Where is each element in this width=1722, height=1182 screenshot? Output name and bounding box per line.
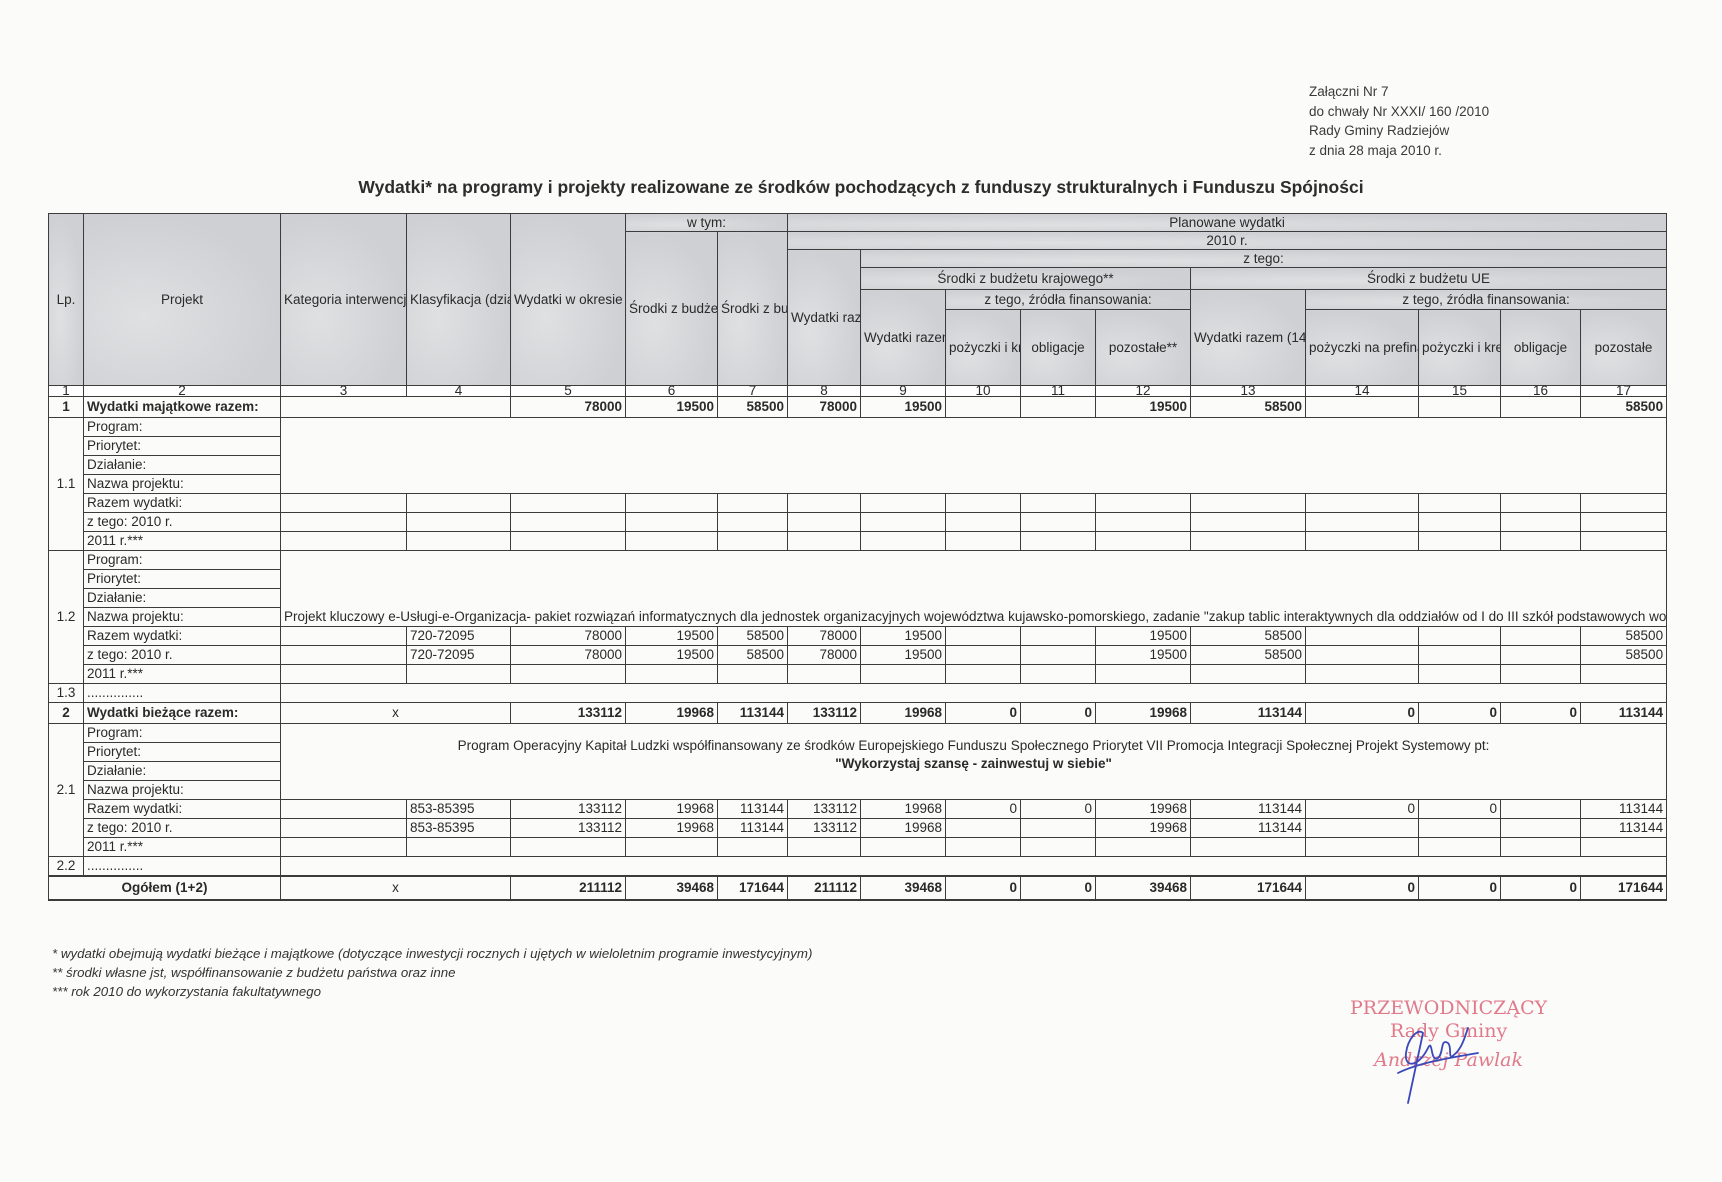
priorytet-label: Priorytet: [84, 437, 281, 456]
value-cell-col-6: 19968 [626, 800, 718, 819]
value-cell-col-16 [1501, 494, 1581, 513]
dzialanie-label: Działanie: [84, 589, 281, 608]
attachment-line: Rady Gminy Radziejów [1309, 121, 1489, 141]
value-cell-col-8: 133112 [788, 703, 861, 724]
kategoria-cell: x [281, 876, 511, 900]
value-cell-col-5: 78000 [511, 646, 626, 665]
value-cell-col-10 [946, 665, 1021, 684]
p12-program-row: 1.2 Program: Projekt kluczowy e-Usługi-e… [49, 551, 1667, 570]
value-cell-col-13: 58500 [1191, 397, 1306, 418]
value-cell-col-5: 133112 [511, 800, 626, 819]
value-cell-col-15 [1419, 646, 1501, 665]
header-wydatki-razem-13: Wydatki razem (14+15+16+17) [1191, 290, 1306, 386]
kategoria-cell: x [281, 703, 511, 724]
kategoria-cell [281, 513, 407, 532]
value-cell-col-10 [946, 532, 1021, 551]
klasyfikacja-cell [407, 532, 511, 551]
value-cell-col-16 [1501, 800, 1581, 819]
kategoria-cell [281, 532, 407, 551]
value-cell-col-13: 113144 [1191, 703, 1306, 724]
value-cell-col-13: 113144 [1191, 800, 1306, 819]
value-cell-col-9: 19968 [861, 819, 946, 838]
value-cell-col-8: 78000 [788, 397, 861, 418]
lp-cell: 2.2 [49, 857, 84, 877]
value-cell-col-6 [626, 513, 718, 532]
klasyfikacja-cell: 853-85395 [407, 800, 511, 819]
value-cell-col-5 [511, 513, 626, 532]
value-cell-col-17: 58500 [1581, 627, 1667, 646]
header-w-tym: w tym: [626, 214, 788, 232]
value-cell-col-12: 19500 [1096, 646, 1191, 665]
razem-label: Razem wydatki: [84, 800, 281, 819]
value-cell-col-5 [511, 494, 626, 513]
p12-razem-row: Razem wydatki: 720-72095 780001950058500… [49, 627, 1667, 646]
value-cell-col-16 [1501, 819, 1581, 838]
value-cell-col-14 [1306, 513, 1419, 532]
value-cell-col-13 [1191, 532, 1306, 551]
value-cell-col-11: 0 [1021, 800, 1096, 819]
kategoria-cell [281, 665, 407, 684]
klasyfikacja-cell: 720-72095 [407, 627, 511, 646]
klasyfikacja-cell: 853-85395 [407, 819, 511, 838]
value-cell-col-13 [1191, 513, 1306, 532]
column-number: 10 [946, 386, 1021, 397]
column-number: 6 [626, 386, 718, 397]
p12-2011-row: 2011 r.*** [49, 665, 1667, 684]
column-number: 8 [788, 386, 861, 397]
attachment-note: Załączni Nr 7 do chwały Nr XXXI/ 160 /20… [1309, 82, 1489, 160]
section-label: Wydatki majątkowe razem: [84, 397, 281, 418]
p21-description-text: Program Operacyjny Kapitał Ludzki współf… [458, 738, 1490, 753]
value-cell-col-11 [1021, 646, 1096, 665]
value-cell-col-5: 133112 [511, 819, 626, 838]
p11-2011-row: 2011 r.*** [49, 532, 1667, 551]
p12-2010-row: z tego: 2010 r. 720-72095 78000195005850… [49, 646, 1667, 665]
attachment-line: z dnia 28 maja 2010 r. [1309, 141, 1489, 161]
value-cell-col-15 [1419, 397, 1501, 418]
value-cell-col-10: 0 [946, 703, 1021, 724]
value-cell-col-15 [1419, 665, 1501, 684]
p11-razem-row: Razem wydatki: [49, 494, 1667, 513]
value-cell-col-14 [1306, 397, 1419, 418]
dzialanie-label: Działanie: [84, 456, 281, 475]
z-tego-2010-label: z tego: 2010 r. [84, 646, 281, 665]
value-cell-col-9 [861, 494, 946, 513]
value-cell-col-6: 19500 [626, 646, 718, 665]
value-cell-col-7: 58500 [718, 627, 788, 646]
value-cell-col-6: 39468 [626, 876, 718, 900]
value-cell-col-7 [718, 665, 788, 684]
value-cell-col-6 [626, 665, 718, 684]
value-cell-col-5: 211112 [511, 876, 626, 900]
value-cell-col-14 [1306, 665, 1419, 684]
value-cell-col-8 [788, 665, 861, 684]
column-number: 12 [1096, 386, 1191, 397]
header-pozyczki-ue: pożyczki i kredyty [1419, 310, 1501, 386]
value-cell-col-12: 19968 [1096, 800, 1191, 819]
p22-empty [281, 857, 1667, 877]
value-cell-col-12 [1096, 532, 1191, 551]
value-cell-col-11: 0 [1021, 703, 1096, 724]
value-cell-col-15 [1419, 838, 1501, 857]
p22-row: 2.2 ............... [49, 857, 1667, 877]
r2011-label: 2011 r.*** [84, 665, 281, 684]
column-number-row: 1234567891011121314151617 [49, 386, 1667, 397]
kategoria-cell [281, 646, 407, 665]
value-cell-col-7: 113144 [718, 800, 788, 819]
value-cell-col-8: 211112 [788, 876, 861, 900]
kategoria-cell [281, 494, 407, 513]
value-cell-col-16 [1501, 397, 1581, 418]
value-cell-col-14: 0 [1306, 800, 1419, 819]
value-cell-col-7: 58500 [718, 646, 788, 665]
header-wydatki-okres: Wydatki w okresie realizacji Projektu (c… [511, 214, 626, 386]
section-label: Wydatki bieżące razem: [84, 703, 281, 724]
value-cell-col-12: 19968 [1096, 703, 1191, 724]
value-cell-col-9: 19968 [861, 800, 946, 819]
value-cell-col-7 [718, 532, 788, 551]
value-cell-col-10 [946, 397, 1021, 418]
header-kategoria: Kategoria interwencji funduszy struktura… [281, 214, 407, 386]
value-cell-col-17 [1581, 532, 1667, 551]
value-cell-col-17: 113144 [1581, 800, 1667, 819]
klasyfikacja-cell: 720-72095 [407, 646, 511, 665]
program-label: Program: [84, 724, 281, 743]
value-cell-col-14 [1306, 494, 1419, 513]
value-cell-col-12 [1096, 665, 1191, 684]
p13-row: 1.3 ............... [49, 684, 1667, 703]
column-number: 15 [1419, 386, 1501, 397]
p11-description [281, 418, 1667, 494]
p11-2010-row: z tego: 2010 r. [49, 513, 1667, 532]
value-cell-col-9: 19500 [861, 627, 946, 646]
lp-cell: 1.3 [49, 684, 84, 703]
attachment-line: do chwały Nr XXXI/ 160 /2010 [1309, 102, 1489, 122]
program-label: Program: [84, 418, 281, 437]
value-cell-col-5 [511, 665, 626, 684]
value-cell-col-11 [1021, 494, 1096, 513]
value-cell-col-17: 171644 [1581, 876, 1667, 900]
value-cell-col-15 [1419, 532, 1501, 551]
header-zrodla-fin-ue: z tego, źródła finansowania: [1306, 290, 1667, 310]
value-cell-col-6 [626, 532, 718, 551]
header-obligacje-ue: obligacje [1501, 310, 1581, 386]
value-cell-col-11 [1021, 819, 1096, 838]
value-cell-col-8: 78000 [788, 627, 861, 646]
value-cell-col-9: 19500 [861, 397, 946, 418]
priorytet-label: Priorytet: [84, 570, 281, 589]
value-cell-col-7 [718, 494, 788, 513]
value-cell-col-12: 19968 [1096, 819, 1191, 838]
column-number: 17 [1581, 386, 1667, 397]
header-srodki-krajowe-2010: Środki z budżetu krajowego** [861, 268, 1191, 290]
value-cell-col-7 [718, 513, 788, 532]
z-tego-2010-label: z tego: 2010 r. [84, 819, 281, 838]
p21-description: Program Operacyjny Kapitał Ludzki współf… [281, 724, 1667, 800]
value-cell-col-6 [626, 838, 718, 857]
value-cell-col-15 [1419, 627, 1501, 646]
value-cell-col-8: 78000 [788, 646, 861, 665]
value-cell-col-13: 171644 [1191, 876, 1306, 900]
value-cell-col-16 [1501, 838, 1581, 857]
header-pozyczki-pref: pożyczki na prefinansowanie z budżetu pa… [1306, 310, 1419, 386]
value-cell-col-7: 113144 [718, 819, 788, 838]
header-pozostale: pozostałe [1581, 310, 1667, 386]
value-cell-col-15: 0 [1419, 876, 1501, 900]
header-pozostale-gw: pozostałe** [1096, 310, 1191, 386]
header-srodki-ue-2010: Środki z budżetu UE [1191, 268, 1667, 290]
kategoria-cell [281, 800, 407, 819]
klasyfikacja-cell [407, 665, 511, 684]
value-cell-col-11 [1021, 513, 1096, 532]
z-tego-2010-label: z tego: 2010 r. [84, 513, 281, 532]
value-cell-col-15: 0 [1419, 703, 1501, 724]
header-rok: 2010 r. [788, 232, 1667, 250]
value-cell-col-12 [1096, 513, 1191, 532]
value-cell-col-8 [788, 513, 861, 532]
value-cell-col-7: 58500 [718, 397, 788, 418]
value-cell-col-9: 19968 [861, 703, 946, 724]
value-cell-col-17: 58500 [1581, 646, 1667, 665]
value-cell-col-14 [1306, 646, 1419, 665]
klasyfikacja-cell [407, 838, 511, 857]
razem-label: Razem wydatki: [84, 494, 281, 513]
value-cell-col-12 [1096, 838, 1191, 857]
kategoria-cell [281, 819, 407, 838]
p21-project-title: "Wykorzystaj szansę - zainwestuj w siebi… [835, 756, 1112, 771]
column-number: 1 [49, 386, 84, 397]
column-number: 4 [407, 386, 511, 397]
value-cell-col-9 [861, 532, 946, 551]
r2011-label: 2011 r.*** [84, 532, 281, 551]
value-cell-col-9 [861, 665, 946, 684]
value-cell-col-10 [946, 494, 1021, 513]
value-cell-col-15: 0 [1419, 800, 1501, 819]
column-number: 11 [1021, 386, 1096, 397]
p21-razem-row: Razem wydatki: 853-85395 133112199681131… [49, 800, 1667, 819]
lp-cell: 1.1 [49, 418, 84, 551]
value-cell-col-10: 0 [946, 800, 1021, 819]
header-wydatki-razem-9: Wydatki razem (10+11+12) [861, 290, 946, 386]
value-cell-col-14: 0 [1306, 703, 1419, 724]
value-cell-col-14: 0 [1306, 876, 1419, 900]
value-cell-col-17 [1581, 665, 1667, 684]
column-number: 9 [861, 386, 946, 397]
value-cell-col-17: 58500 [1581, 397, 1667, 418]
value-cell-col-15 [1419, 819, 1501, 838]
value-cell-col-6: 19500 [626, 627, 718, 646]
value-cell-col-12: 19500 [1096, 627, 1191, 646]
footnote: * wydatki obejmują wydatki bieżące i maj… [52, 944, 812, 963]
nazwa-label: Nazwa projektu: [84, 608, 281, 627]
value-cell-col-14 [1306, 627, 1419, 646]
expenditure-table: Lp. Projekt Kategoria interwencji fundus… [48, 213, 1667, 901]
value-cell-col-11 [1021, 532, 1096, 551]
kategoria-cell [281, 838, 407, 857]
value-cell-col-10 [946, 646, 1021, 665]
value-cell-col-7 [718, 838, 788, 857]
value-cell-col-5 [511, 532, 626, 551]
value-cell-col-5: 78000 [511, 397, 626, 418]
value-cell-col-7: 113144 [718, 703, 788, 724]
column-number: 14 [1306, 386, 1419, 397]
lp-cell: 2.1 [49, 724, 84, 857]
lp-cell: 2 [49, 703, 84, 724]
value-cell-col-6: 19968 [626, 703, 718, 724]
value-cell-col-13 [1191, 494, 1306, 513]
column-number: 13 [1191, 386, 1306, 397]
value-cell-col-8: 133112 [788, 800, 861, 819]
header-srodki-krajowe: Środki z budżetu krajowego [626, 232, 718, 386]
value-cell-col-11 [1021, 665, 1096, 684]
attachment-line: Załączni Nr 7 [1309, 82, 1489, 102]
header-pozyczki: pożyczki i kredyty [946, 310, 1021, 386]
value-cell-col-17 [1581, 494, 1667, 513]
column-number: 2 [84, 386, 281, 397]
header-planowane: Planowane wydatki [788, 214, 1667, 232]
value-cell-col-9 [861, 513, 946, 532]
value-cell-col-8 [788, 494, 861, 513]
signature-icon [1378, 1008, 1488, 1108]
value-cell-col-13 [1191, 838, 1306, 857]
value-cell-col-13: 58500 [1191, 627, 1306, 646]
column-number: 3 [281, 386, 407, 397]
section-2-row: 2 Wydatki bieżące razem: x 1331121996811… [49, 703, 1667, 724]
value-cell-col-17: 113144 [1581, 703, 1667, 724]
total-row: Ogółem (1+2) x 2111123946817164421111239… [49, 876, 1667, 900]
value-cell-col-7: 171644 [718, 876, 788, 900]
document-title: Wydatki* na programy i projekty realizow… [0, 177, 1722, 198]
footnotes: * wydatki obejmują wydatki bieżące i maj… [52, 944, 812, 1001]
header-srodki-ue: Środki z budżetu UE [718, 232, 788, 386]
razem-label: Razem wydatki: [84, 627, 281, 646]
value-cell-col-14 [1306, 532, 1419, 551]
p11-program-row: 1.1 Program: [49, 418, 1667, 437]
kategoria-cell [281, 397, 511, 418]
kategoria-cell [281, 627, 407, 646]
value-cell-col-16: 0 [1501, 876, 1581, 900]
value-cell-col-9: 19500 [861, 646, 946, 665]
footnote: *** rok 2010 do wykorzystania fakultatyw… [52, 982, 812, 1001]
value-cell-col-11 [1021, 397, 1096, 418]
value-cell-col-8: 133112 [788, 819, 861, 838]
value-cell-col-5 [511, 838, 626, 857]
value-cell-col-10 [946, 627, 1021, 646]
value-cell-col-12 [1096, 494, 1191, 513]
priorytet-label: Priorytet: [84, 743, 281, 762]
column-number: 16 [1501, 386, 1581, 397]
value-cell-col-13: 58500 [1191, 646, 1306, 665]
total-label: Ogółem (1+2) [49, 876, 281, 900]
value-cell-col-16 [1501, 646, 1581, 665]
header-z-tego: z tego: [861, 250, 1667, 268]
value-cell-col-15 [1419, 494, 1501, 513]
value-cell-col-5: 133112 [511, 703, 626, 724]
section-1-row: 1 Wydatki majątkowe razem: 7800019500585… [49, 397, 1667, 418]
p13-empty [281, 684, 1667, 703]
value-cell-col-10 [946, 838, 1021, 857]
value-cell-col-17: 113144 [1581, 819, 1667, 838]
value-cell-col-10 [946, 513, 1021, 532]
value-cell-col-10: 0 [946, 876, 1021, 900]
lp-cell: 1.2 [49, 551, 84, 684]
value-cell-col-6: 19500 [626, 397, 718, 418]
value-cell-col-16 [1501, 513, 1581, 532]
program-label: Program: [84, 551, 281, 570]
value-cell-col-16 [1501, 627, 1581, 646]
value-cell-col-15 [1419, 513, 1501, 532]
p21-program-row: 2.1 Program: Program Operacyjny Kapitał … [49, 724, 1667, 743]
value-cell-col-13: 113144 [1191, 819, 1306, 838]
klasyfikacja-cell [407, 494, 511, 513]
nazwa-label: Nazwa projektu: [84, 475, 281, 494]
column-number: 7 [718, 386, 788, 397]
lp-cell: 1 [49, 397, 84, 418]
footnote: ** środki własne jst, współfinansowanie … [52, 963, 812, 982]
value-cell-col-11 [1021, 838, 1096, 857]
value-cell-col-6 [626, 494, 718, 513]
header-klasyfikacja: Klasyfikacja (dział, rozdział, paragraf) [407, 214, 511, 386]
value-cell-col-13 [1191, 665, 1306, 684]
value-cell-col-8 [788, 532, 861, 551]
value-cell-col-14 [1306, 838, 1419, 857]
p12-description: Projekt kluczowy e-Usługi-e-Organizacja-… [281, 551, 1667, 627]
value-cell-col-9: 39468 [861, 876, 946, 900]
value-cell-col-6: 19968 [626, 819, 718, 838]
header-obligacje: obligacje [1021, 310, 1096, 386]
value-cell-col-9 [861, 838, 946, 857]
r2011-label: 2011 r.*** [84, 838, 281, 857]
value-cell-col-16 [1501, 532, 1581, 551]
dots-label: ............... [84, 857, 281, 877]
value-cell-col-10 [946, 819, 1021, 838]
value-cell-col-12: 19500 [1096, 397, 1191, 418]
header-zrodla-fin: z tego, źródła finansowania: [946, 290, 1191, 310]
dzialanie-label: Działanie: [84, 762, 281, 781]
value-cell-col-16: 0 [1501, 703, 1581, 724]
value-cell-col-5: 78000 [511, 627, 626, 646]
value-cell-col-17 [1581, 838, 1667, 857]
value-cell-col-12: 39468 [1096, 876, 1191, 900]
value-cell-col-17 [1581, 513, 1667, 532]
klasyfikacja-cell [407, 513, 511, 532]
p21-2011-row: 2011 r.*** [49, 838, 1667, 857]
column-number: 5 [511, 386, 626, 397]
dots-label: ............... [84, 684, 281, 703]
p21-2010-row: z tego: 2010 r. 853-85395 13311219968113… [49, 819, 1667, 838]
value-cell-col-14 [1306, 819, 1419, 838]
value-cell-col-8 [788, 838, 861, 857]
value-cell-col-11: 0 [1021, 876, 1096, 900]
value-cell-col-11 [1021, 627, 1096, 646]
header-wydatki-razem-8: Wydatki razem (9+13) [788, 250, 861, 386]
header-lp: Lp. [49, 214, 84, 386]
value-cell-col-16 [1501, 665, 1581, 684]
header-projekt: Projekt [84, 214, 281, 386]
nazwa-label: Nazwa projektu: [84, 781, 281, 800]
